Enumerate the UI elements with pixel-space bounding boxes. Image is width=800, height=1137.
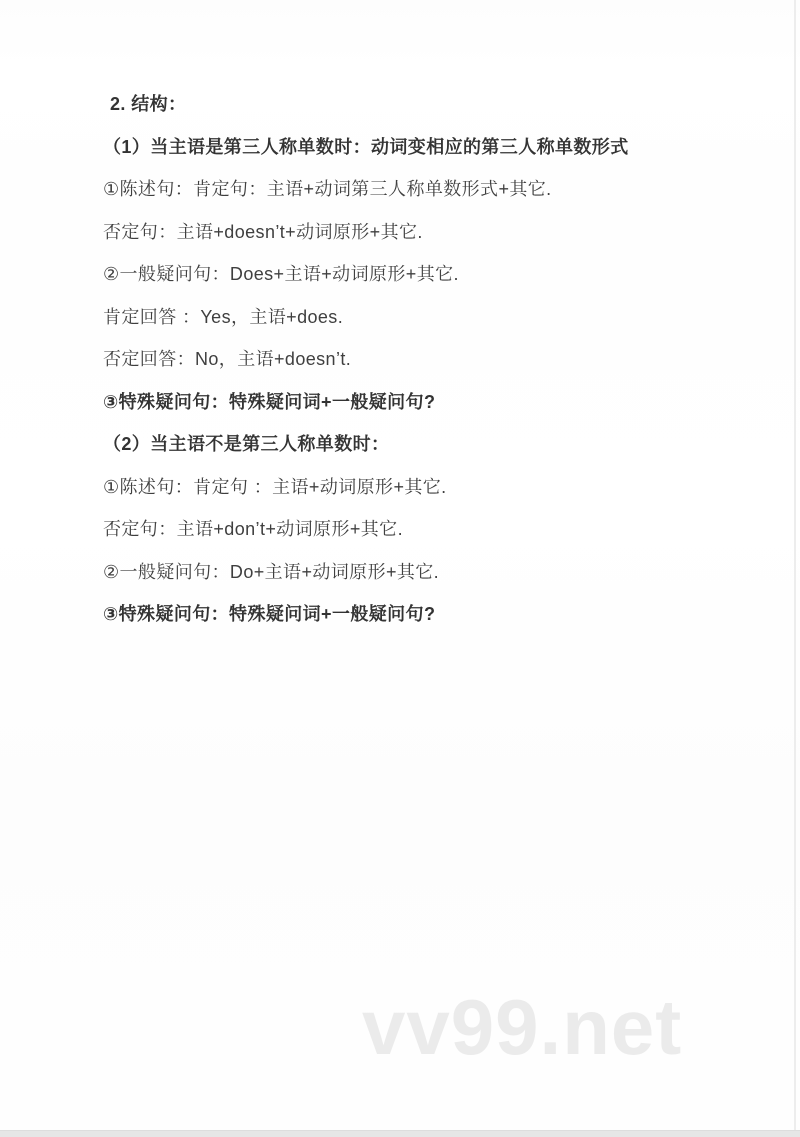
- document-lines: 2. 结构：（1）当主语是第三人称单数时：动词变相应的第三人称单数形式①陈述句：…: [0, 83, 800, 636]
- document-line: ①陈述句：肯定句：主语+动词第三人称单数形式+其它.: [0, 168, 800, 211]
- document-line: ①陈述句：肯定句 ：主语+动词原形+其它.: [0, 466, 800, 509]
- document-line: ③特殊疑问句：特殊疑问词+一般疑问句?: [0, 381, 800, 424]
- document-line: ②一般疑问句：Does+主语+动词原形+其它.: [0, 253, 800, 296]
- document-line: （2）当主语不是第三人称单数时：: [0, 423, 800, 466]
- page-right-edge-shadow: [794, 0, 796, 1137]
- document-line: （1）当主语是第三人称单数时：动词变相应的第三人称单数形式: [0, 126, 800, 169]
- document-line: 否定回答：No，主语+doesn’t.: [0, 338, 800, 381]
- watermark-text: vv99.net: [362, 982, 732, 1073]
- document-line: 否定句：主语+don’t+动词原形+其它.: [0, 508, 800, 551]
- document-line: 肯定回答 ：Yes，主语+does.: [0, 296, 800, 339]
- document-line: 2. 结构：: [0, 83, 800, 126]
- document-page: 2. 结构：（1）当主语是第三人称单数时：动词变相应的第三人称单数形式①陈述句：…: [0, 0, 800, 1137]
- document-line: ②一般疑问句：Do+主语+动词原形+其它.: [0, 551, 800, 594]
- document-line: ③特殊疑问句：特殊疑问词+一般疑问句?: [0, 593, 800, 636]
- page-bottom-edge-shadow: [0, 1130, 800, 1137]
- document-line: 否定句：主语+doesn’t+动词原形+其它.: [0, 211, 800, 254]
